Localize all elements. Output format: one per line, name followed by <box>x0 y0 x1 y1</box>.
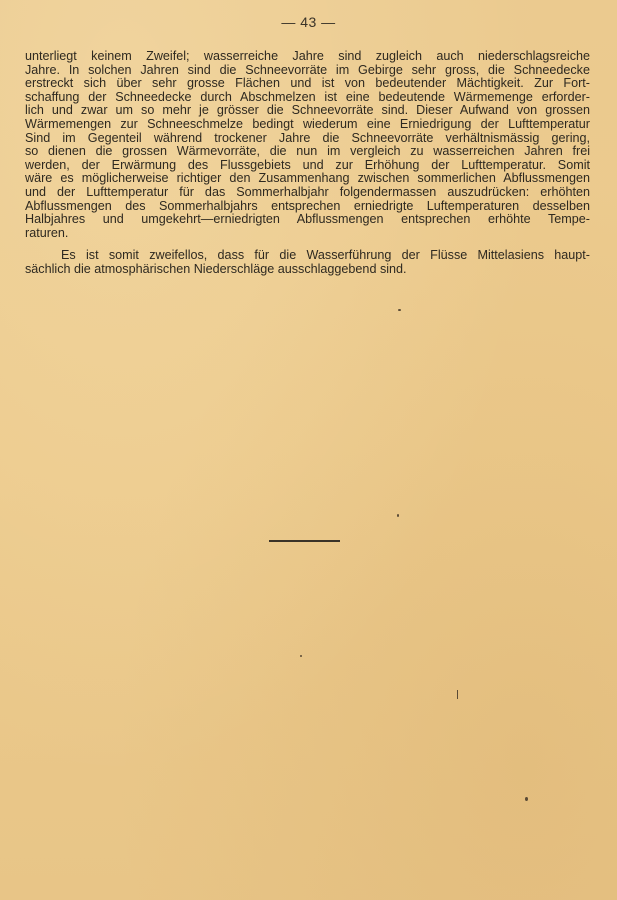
paper-speck <box>398 309 401 311</box>
paper-speck <box>457 690 458 699</box>
text-line: Sind im Gegenteil während trockener Jahr… <box>25 132 590 146</box>
text-line: Jahre. In solchen Jahren sind die Schnee… <box>25 64 590 78</box>
text-line: erstreckt sich über sehr grosse Flächen … <box>25 77 590 91</box>
paragraph-1: unterliegt keinem Zweifel; wasserreiche … <box>25 50 590 240</box>
text-line: Wärmemengen zur Schneeschmelze bedingt w… <box>25 118 590 132</box>
text-line: und der Lufttemperatur für das Sommerhal… <box>25 186 590 200</box>
text-line: wäre es möglicherweise richtiger den Zus… <box>25 172 590 186</box>
paper-speck <box>300 655 302 657</box>
text-line: Es ist somit zweifellos, dass für die Wa… <box>25 249 590 263</box>
text-line: unterliegt keinem Zweifel; wasserreiche … <box>25 50 590 64</box>
text-line: raturen. <box>25 227 590 241</box>
page-number: — 43 — <box>0 14 617 30</box>
paper-speck <box>397 514 399 517</box>
body-text: unterliegt keinem Zweifel; wasserreiche … <box>25 50 590 277</box>
text-line: sächlich die atmosphärischen Niederschlä… <box>25 263 590 277</box>
section-divider <box>269 540 340 542</box>
text-line: werden, der Erwärmung des Flussgebiets u… <box>25 159 590 173</box>
paper-speck <box>525 797 528 801</box>
text-line: lich und zwar um so mehr je grösser die … <box>25 104 590 118</box>
text-line: so dienen die grossen Wärmevorräte, die … <box>25 145 590 159</box>
text-line: Halbjahres und umgekehrt—erniedrigten Ab… <box>25 213 590 227</box>
text-line: Abflussmengen des Sommerhalbjahrs entspr… <box>25 200 590 214</box>
paragraph-2: Es ist somit zweifellos, dass für die Wa… <box>25 249 590 276</box>
text-line: schaffung der Schneedecke durch Abschmel… <box>25 91 590 105</box>
